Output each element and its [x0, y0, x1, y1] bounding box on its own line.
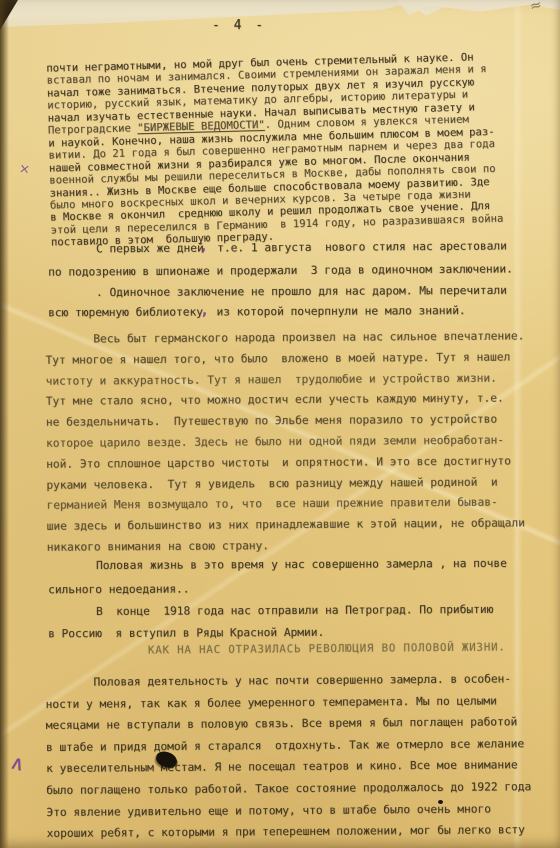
- text-line: которое царило везде. Здесь не было ни о…: [46, 430, 536, 454]
- text-line: С первых же дней т.е. 1 августа нового с…: [48, 234, 530, 260]
- paragraph-3-prison: . Одиночное заключение не прошло для нас…: [48, 281, 530, 323]
- text-line: В конце 1918 года нас отправили на Петро…: [48, 599, 530, 624]
- paragraph-2-arrest: С первых же дней т.е. 1 августа нового с…: [48, 234, 530, 283]
- text-line: чистоту и аккуратность. Тут я нашел труд…: [45, 368, 535, 392]
- paragraph-4-germany: Весь быт германского народа произвел на …: [45, 326, 537, 558]
- page-number: - 4 -: [212, 18, 266, 33]
- text-line: шие здесь и большинство из них принадлеж…: [47, 513, 537, 537]
- text-line: ной. Это сплошное царство чистоты и опря…: [46, 451, 536, 475]
- text-line: по подозрению в шпионаже и продержали 3 …: [48, 257, 530, 283]
- paragraph-7-revolution: Половая деятельность у нас почти соверше…: [45, 668, 546, 845]
- handwritten-comma-2: ,: [202, 303, 207, 319]
- text-line: хороших ребят, с которыми я при теперешн…: [47, 819, 547, 845]
- paragraph-6-red-army: В конце 1918 года нас отправили на Петро…: [48, 599, 530, 646]
- paragraph-5: Половая жизнь в это время у нас совершен…: [48, 552, 530, 603]
- text-line: Половая жизнь в это время у нас совершен…: [48, 552, 530, 579]
- text-line: . Одиночное заключение не прошло для нас…: [48, 281, 530, 303]
- ink-dot: [438, 800, 443, 804]
- text-line: всю тюремную библиотеку из которой почер…: [48, 300, 530, 322]
- margin-x-mark: ×: [18, 161, 31, 177]
- text-line: германией Меня возмущало то, что все наш…: [46, 493, 536, 517]
- scanned-page: - 4 - почти неграмотными, но мой друг бы…: [0, 0, 560, 848]
- handwritten-comma-1: ,: [201, 239, 206, 255]
- paragraph-1: почти неграмотными, но мой друг был очен…: [46, 50, 533, 249]
- gutter-shadow: [0, 0, 9, 848]
- text-segment: Петроградские: [48, 123, 138, 137]
